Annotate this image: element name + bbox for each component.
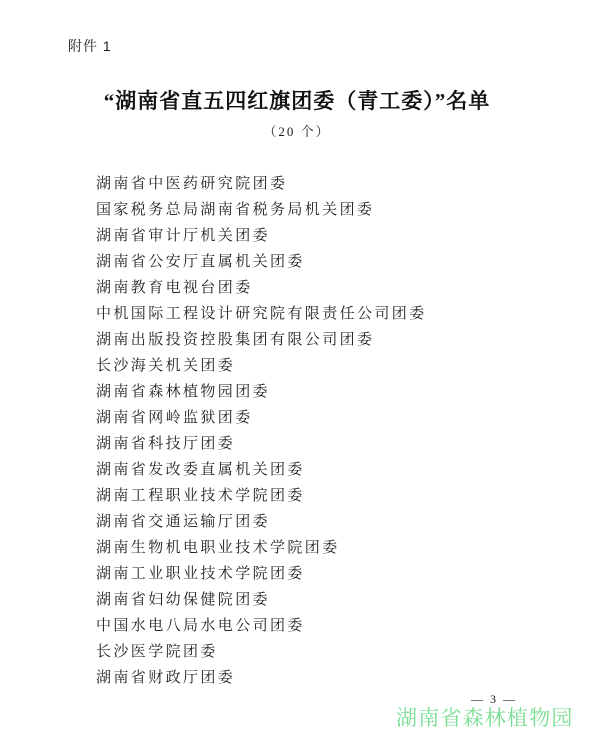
list-item: 湖南教育电视台团委 <box>96 275 427 301</box>
document-page: 附件 1 “湖南省直五四红旗团委（青工委）”名单 （20 个） 湖南省中医药研究… <box>0 0 594 743</box>
list-item: 中国水电八局水电公司团委 <box>96 613 427 639</box>
list-item: 湖南省妇幼保健院团委 <box>96 587 427 613</box>
list-item: 湖南省公安厅直属机关团委 <box>96 249 427 275</box>
list-item: 湖南生物机电职业技术学院团委 <box>96 535 427 561</box>
list-item: 湖南省交通运输厅团委 <box>96 509 427 535</box>
list-item: 湖南省科技厅团委 <box>96 431 427 457</box>
document-title: “湖南省直五四红旗团委（青工委）”名单 <box>0 85 594 115</box>
list-item: 湖南工程职业技术学院团委 <box>96 483 427 509</box>
list-item: 长沙海关机关团委 <box>96 353 427 379</box>
watermark-text: 湖南省森林植物园 <box>396 702 574 732</box>
list-item: 湖南工业职业技术学院团委 <box>96 561 427 587</box>
list-item: 湖南省森林植物园团委 <box>96 379 427 405</box>
list-item: 中机国际工程设计研究院有限责任公司团委 <box>96 301 427 327</box>
list-item: 湖南省财政厅团委 <box>96 665 427 691</box>
list-item: 国家税务总局湖南省税务局机关团委 <box>96 197 427 223</box>
list-item: 湖南省审计厅机关团委 <box>96 223 427 249</box>
organization-list: 湖南省中医药研究院团委国家税务总局湖南省税务局机关团委湖南省审计厅机关团委湖南省… <box>96 171 427 691</box>
list-item: 湖南出版投资控股集团有限公司团委 <box>96 327 427 353</box>
document-subtitle: （20 个） <box>0 121 594 140</box>
attachment-label: 附件 1 <box>68 36 112 56</box>
list-item: 湖南省发改委直属机关团委 <box>96 457 427 483</box>
list-item: 长沙医学院团委 <box>96 639 427 665</box>
list-item: 湖南省中医药研究院团委 <box>96 171 427 197</box>
list-item: 湖南省网岭监狱团委 <box>96 405 427 431</box>
